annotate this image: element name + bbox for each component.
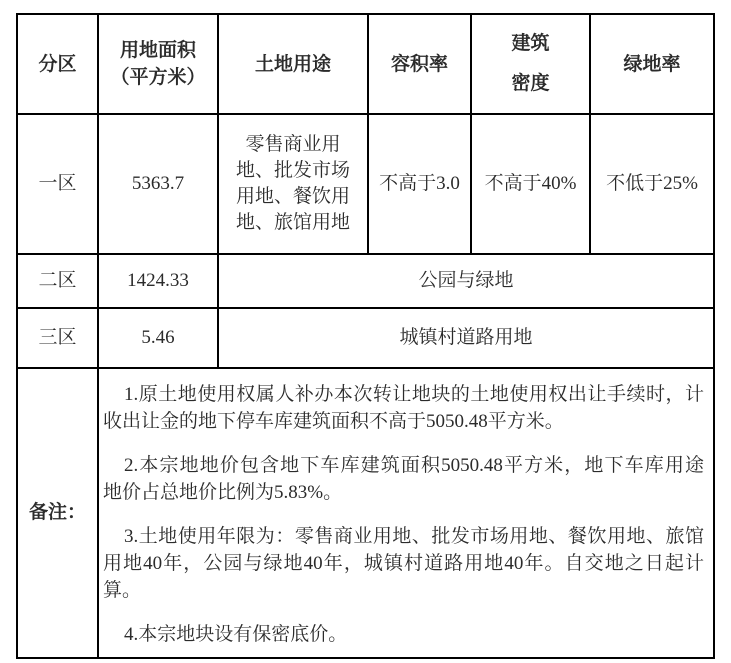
header-density-line1: 建筑	[472, 24, 589, 64]
header-land-use-label: 土地用途	[219, 51, 367, 78]
zone1-area: 5363.7	[98, 114, 218, 254]
remarks-label: 备注：	[17, 368, 98, 658]
zone3-area: 5.46	[98, 308, 218, 368]
header-zone-label: 分区	[18, 51, 97, 78]
remarks-content: 1.原土地使用权属人补办本次转让地块的土地使用权出让手续时，计 收出让金的地下停…	[98, 368, 714, 658]
header-zone: 分区	[17, 14, 98, 114]
zone2-area: 1424.33	[98, 254, 218, 308]
header-building-density: 建筑 密度	[471, 14, 590, 114]
table-row-zone2: 二区 1424.33 公园与绿地	[17, 254, 714, 308]
header-area: 用地面积 （平方米）	[98, 14, 218, 114]
header-area-line1: 用地面积	[99, 37, 217, 64]
header-area-line2: （平方米）	[99, 64, 217, 91]
remark-3-line-3: 算。	[103, 577, 704, 604]
remark-paragraph-4: 4.本宗地块设有保密底价。	[103, 621, 704, 648]
zone3-land-use: 城镇村道路用地	[218, 308, 714, 368]
zone1-land-use-text: 零售商业用地、批发市场用地、餐饮用地、旅馆用地	[235, 132, 351, 236]
remark-paragraph-3: 3.土地使用年限为：零售商业用地、批发市场用地、餐饮用地、旅馆 用地40年，公园…	[103, 523, 704, 604]
remark-1-line-2: 收出让金的地下停车库建筑面积不高于5050.48平方米。	[103, 408, 704, 435]
remark-2-line-2: 地价占总地价比例为5.83%。	[103, 479, 704, 506]
zone1-land-use: 零售商业用地、批发市场用地、餐饮用地、旅馆用地	[218, 114, 368, 254]
zone1-green-rate: 不低于25%	[590, 114, 714, 254]
header-density-line2: 密度	[472, 64, 589, 104]
remark-paragraph-1: 1.原土地使用权属人补办本次转让地块的土地使用权出让手续时，计 收出让金的地下停…	[103, 381, 704, 435]
remark-3-line-1: 3.土地使用年限为：零售商业用地、批发市场用地、餐饮用地、旅馆	[103, 523, 704, 550]
remark-paragraph-2: 2.本宗地地价包含地下车库建筑面积5050.48平方米，地下车库用途 地价占总地…	[103, 452, 704, 506]
header-plot-ratio-label: 容积率	[369, 51, 470, 78]
header-row: 分区 用地面积 （平方米） 土地用途 容积率 建筑 密度 绿地率	[17, 14, 714, 114]
table-row-zone3: 三区 5.46 城镇村道路用地	[17, 308, 714, 368]
remark-3-line-2: 用地40年，公园与绿地40年，城镇村道路用地40年。自交地之日起计	[103, 550, 704, 577]
remark-1-line-1: 1.原土地使用权属人补办本次转让地块的土地使用权出让手续时，计	[103, 381, 704, 408]
zone3-name: 三区	[17, 308, 98, 368]
zone2-land-use: 公园与绿地	[218, 254, 714, 308]
zone1-plot-ratio: 不高于3.0	[368, 114, 471, 254]
remark-2-line-1: 2.本宗地地价包含地下车库建筑面积5050.48平方米，地下车库用途	[103, 452, 704, 479]
remark-4-line-1: 4.本宗地块设有保密底价。	[103, 621, 704, 648]
remarks-row: 备注： 1.原土地使用权属人补办本次转让地块的土地使用权出让手续时，计 收出让金…	[17, 368, 714, 658]
header-plot-ratio: 容积率	[368, 14, 471, 114]
zone1-density: 不高于40%	[471, 114, 590, 254]
document-page: 分区 用地面积 （平方米） 土地用途 容积率 建筑 密度 绿地率 一区 5363…	[0, 0, 731, 663]
header-green-rate: 绿地率	[590, 14, 714, 114]
zone2-name: 二区	[17, 254, 98, 308]
table-row-zone1: 一区 5363.7 零售商业用地、批发市场用地、餐饮用地、旅馆用地 不高于3.0…	[17, 114, 714, 254]
header-land-use: 土地用途	[218, 14, 368, 114]
header-green-rate-label: 绿地率	[591, 51, 713, 78]
zone1-name: 一区	[17, 114, 98, 254]
land-planning-table: 分区 用地面积 （平方米） 土地用途 容积率 建筑 密度 绿地率 一区 5363…	[16, 13, 715, 659]
